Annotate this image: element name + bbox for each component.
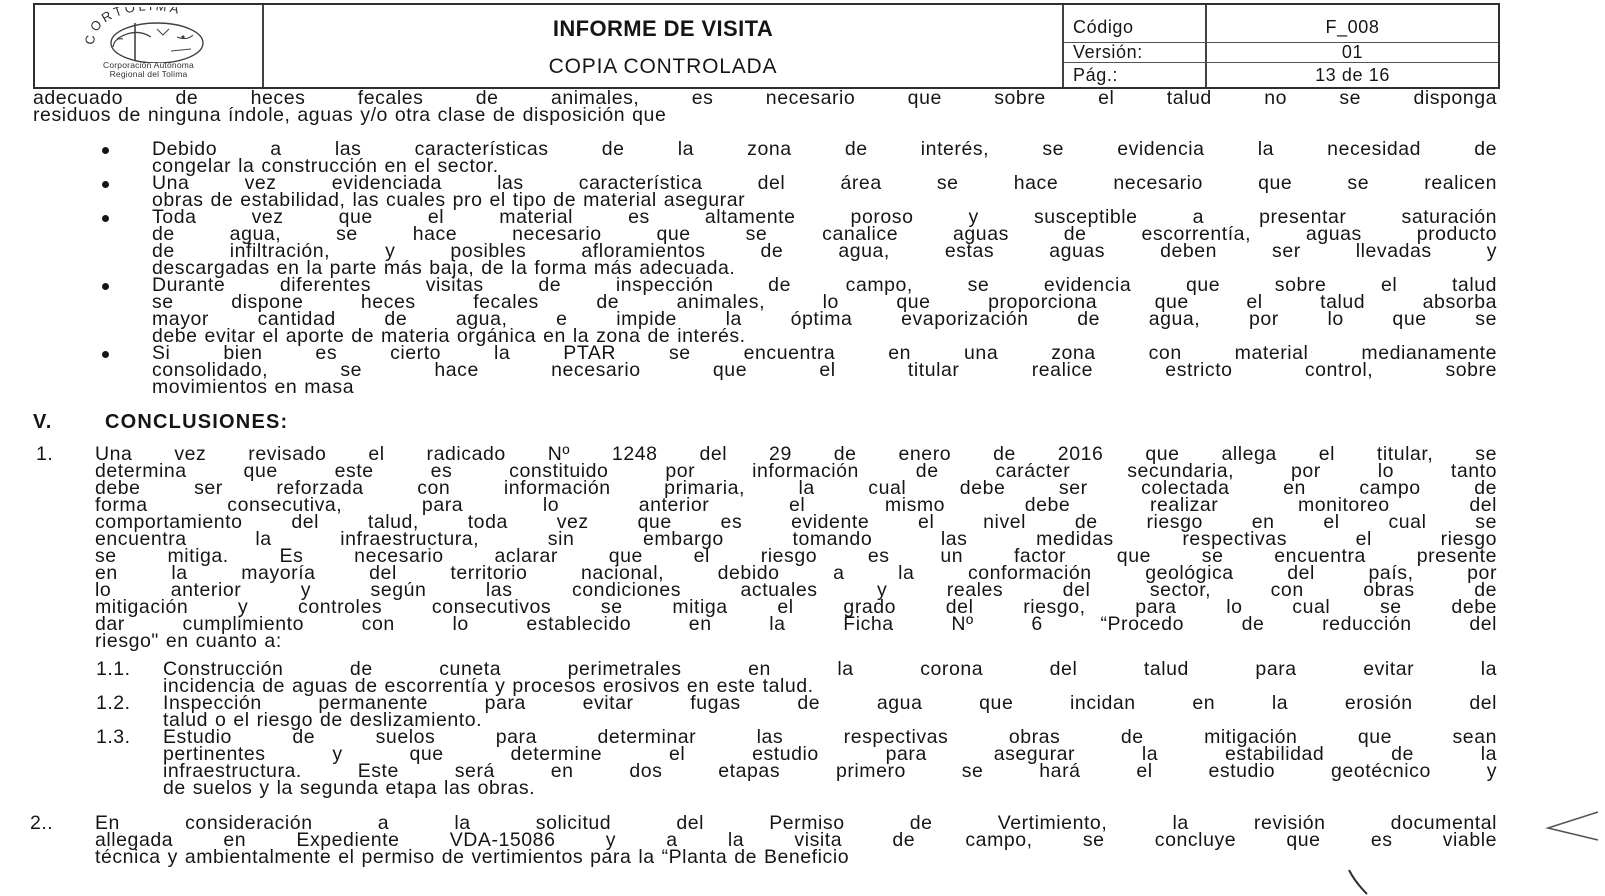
page-number-value: 13 de 16	[1207, 65, 1498, 86]
bullet-icon	[102, 147, 109, 154]
section-heading: V.CONCLUSIONES:	[33, 411, 288, 434]
table-divider	[1064, 62, 1498, 63]
bullet-icon	[102, 181, 109, 188]
code-value: F_008	[1207, 17, 1498, 38]
logo-caption-line-2: Regional del Tolima	[35, 70, 262, 79]
title-cell: INFORME DE VISITA COPIA CONTROLADA	[264, 5, 1064, 87]
bullet-icon	[102, 283, 109, 290]
margin-annotation-stroke-icon	[1345, 868, 1375, 896]
conclusion-number: 1.	[36, 446, 53, 463]
meta-label-column: Código Versión: Pág.:	[1064, 5, 1207, 87]
conclusion-subitem: Estudio de suelos para determinar las re…	[163, 729, 1497, 797]
page-label: Pág.:	[1073, 65, 1118, 86]
bullet-icon	[102, 351, 109, 358]
code-label: Código	[1073, 17, 1134, 38]
bullet-item: Si bien es cierto la PTAR se encuentra e…	[152, 345, 1497, 396]
document-header-table: CORTOLIMA Corporación Autónoma Regional …	[33, 3, 1500, 89]
bullet-item: Una vez evidenciada las característica d…	[152, 175, 1497, 209]
cortolima-logo-icon: CORTOLIMA	[65, 7, 235, 63]
conclusion-item: En consideración a la solicitud del Perm…	[95, 815, 1497, 866]
conclusion-item: Una vez revisado el radicado Nº 1248 del…	[95, 446, 1497, 650]
text-line: movimientos en masa	[152, 379, 1497, 396]
text-line: de suelos y la segunda etapa las obras.	[163, 780, 1497, 797]
version-value: 01	[1207, 42, 1498, 63]
subitem-number: 1.2.	[96, 695, 131, 712]
bullet-icon	[102, 215, 109, 222]
text-line: técnica y ambientalmente el permiso de v…	[95, 849, 1497, 866]
margin-annotation-mark-icon	[1540, 808, 1600, 848]
bullet-item: Durante diferentes visitas de inspección…	[152, 277, 1497, 345]
conclusion-number: 2..	[30, 815, 53, 832]
text-line: residuos de ninguna índole, aguas y/o ot…	[33, 107, 1497, 124]
intro-paragraph: adecuado de heces fecales de animales, e…	[33, 90, 1497, 124]
version-label: Versión:	[1073, 42, 1143, 63]
table-divider	[1064, 42, 1498, 43]
conclusion-subitem: Inspección permanente para evitar fugas …	[163, 695, 1497, 729]
logo-cell: CORTOLIMA Corporación Autónoma Regional …	[35, 5, 264, 87]
meta-value-column: F_008 01 13 de 16	[1207, 5, 1498, 87]
document-title: INFORME DE VISITA	[264, 16, 1062, 42]
conclusion-subitem: Construcción de cuneta perimetrales en l…	[163, 661, 1497, 695]
section-number: V.	[33, 411, 105, 434]
bullet-item: Debido a las características de la zona …	[152, 141, 1497, 175]
document-subtitle: COPIA CONTROLADA	[264, 55, 1062, 79]
text-line: dar cumplimiento con lo establecido en l…	[95, 616, 1497, 633]
subitem-number: 1.1.	[96, 661, 131, 678]
subitem-number: 1.3.	[96, 729, 131, 746]
bullet-item: Toda vez que el material es altamente po…	[152, 209, 1497, 277]
text-line: riesgo" en cuanto a:	[95, 633, 1497, 650]
section-title-text: CONCLUSIONES:	[105, 411, 288, 433]
